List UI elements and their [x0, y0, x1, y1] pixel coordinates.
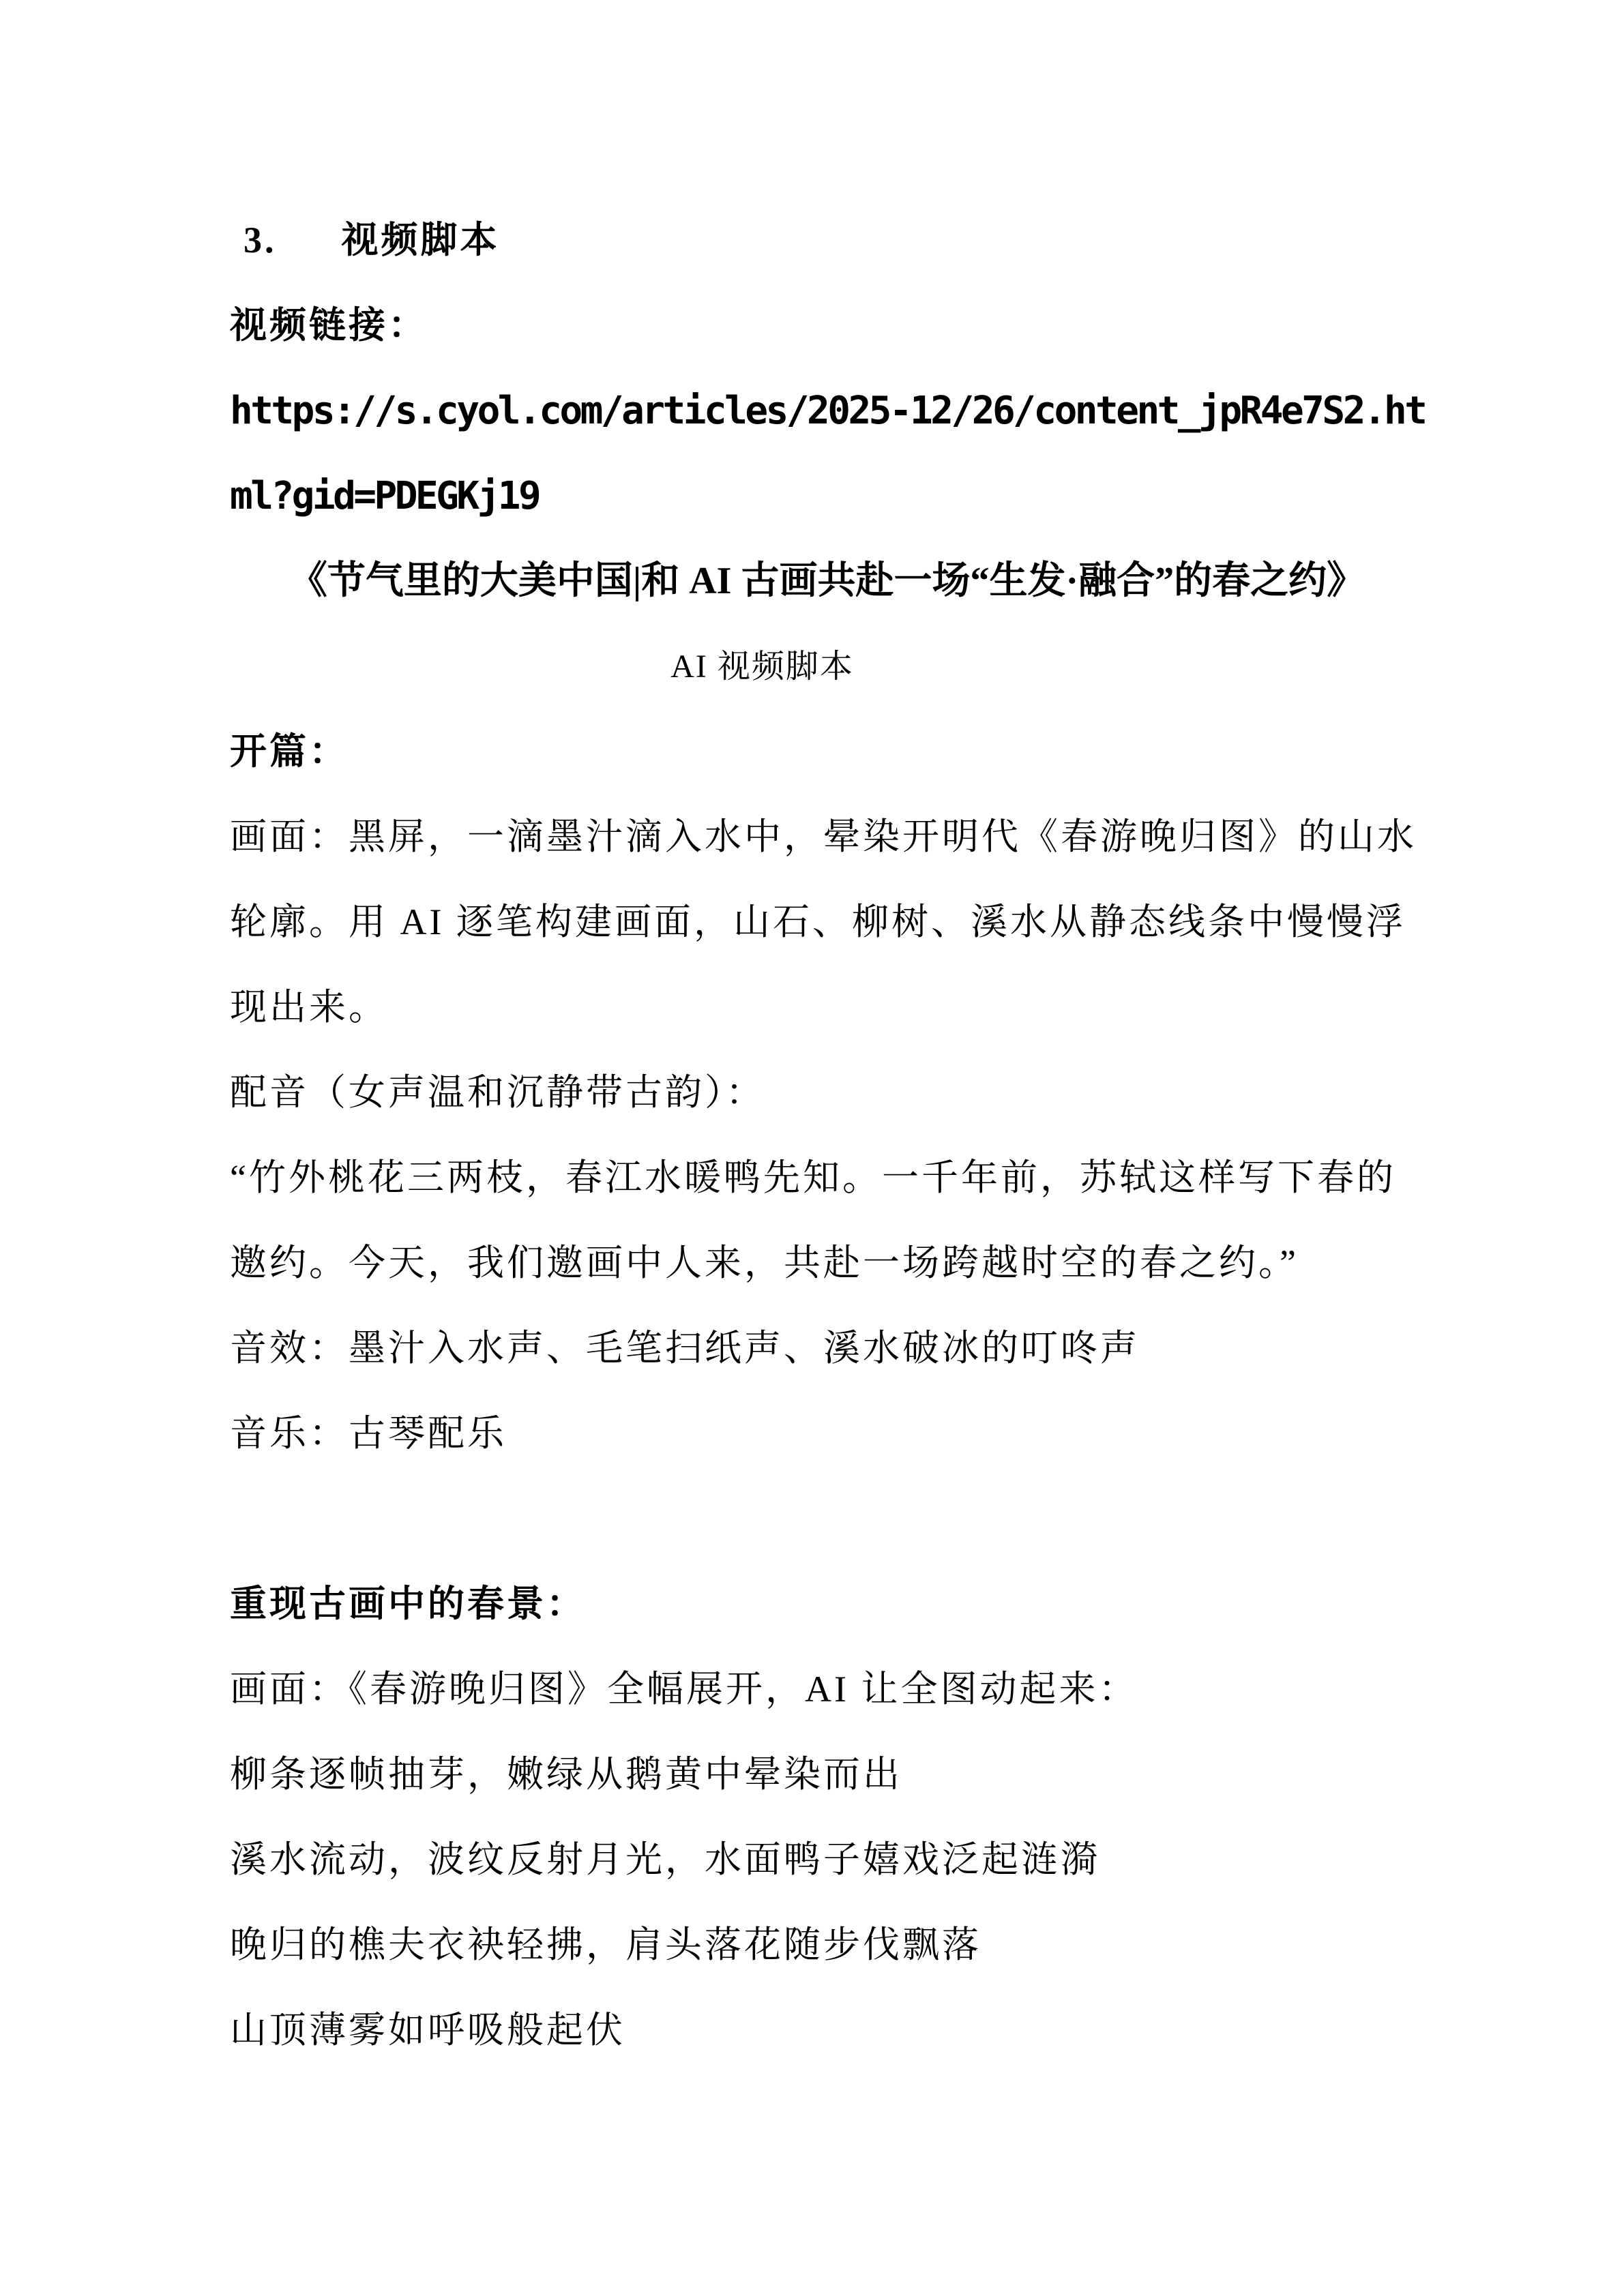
spring-scene-line-2: 柳条逐帧抽芽，嫩绿从鹅黄中晕染而出: [230, 1732, 1424, 1817]
document-content: 3.视频脚本 视频链接： https://s.cyol.com/articles…: [230, 198, 1424, 2073]
spring-scene-line-5: 山顶薄雾如呼吸般起伏: [230, 1988, 1424, 2073]
video-link-label: 视频链接：: [230, 283, 1424, 368]
section-heading: 3.视频脚本: [230, 198, 1424, 283]
blank-line: [230, 1476, 1424, 1562]
section-title: 视频脚本: [342, 198, 500, 283]
opening-line-3: 现出来。: [230, 965, 1424, 1050]
spring-scene-heading: 重现古画中的春景：: [230, 1562, 1424, 1647]
spring-scene-line-1: 画面：《春游晚归图》全幅展开，AI 让全图动起来：: [230, 1647, 1424, 1732]
spring-scene-line-3: 溪水流动，波纹反射月光，水面鸭子嬉戏泛起涟漪: [230, 1817, 1424, 1903]
opening-line-4: 配音（女声温和沉静带古韵）：: [230, 1050, 1424, 1135]
opening-line-1: 画面：黑屏，一滴墨汁滴入水中，晕染开明代《春游晚归图》的山水: [230, 794, 1424, 880]
section-number: 3.: [243, 198, 277, 283]
document-page: 3.视频脚本 视频链接： https://s.cyol.com/articles…: [0, 0, 1624, 2296]
video-url-line-2: ml?gid=PDEGKj19: [230, 453, 1424, 539]
opening-line-6: 邀约。今天，我们邀画中人来，共赴一场跨越时空的春之约。”: [230, 1221, 1424, 1306]
opening-heading: 开篇：: [230, 709, 1424, 794]
opening-line-5: “竹外桃花三两枝，春江水暖鸭先知。一千年前，苏轼这样写下春的: [230, 1135, 1424, 1221]
video-subtitle: AI 视频脚本: [165, 624, 1359, 709]
spring-scene-line-4: 晚归的樵夫衣袂轻拂，肩头落花随步伐飘落: [230, 1903, 1424, 1988]
opening-line-2: 轮廓。用 AI 逐笔构建画面，山石、柳树、溪水从静态线条中慢慢浮: [230, 880, 1424, 965]
opening-line-8: 音乐：古琴配乐: [230, 1391, 1424, 1476]
video-title: 《节气里的大美中国|和 AI 古画共赴一场“生发·融合”的春之约》: [230, 539, 1424, 624]
video-url-line-1: https://s.cyol.com/articles/2025-12/26/c…: [230, 368, 1424, 453]
opening-line-7: 音效：墨汁入水声、毛笔扫纸声、溪水破冰的叮咚声: [230, 1306, 1424, 1391]
